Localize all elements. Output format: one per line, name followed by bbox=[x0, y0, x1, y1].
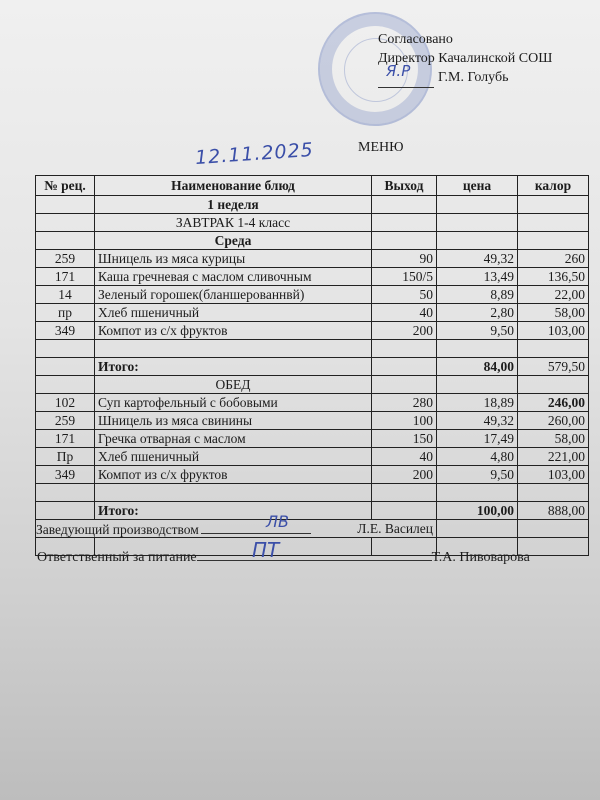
approval-block: Согласовано Директор Качалинской СОШ Я.Р… bbox=[378, 30, 552, 88]
recipe-no: 102 bbox=[36, 394, 95, 412]
recipe-no: 14 bbox=[36, 286, 95, 304]
price: 18,89 bbox=[437, 394, 518, 412]
day-label: Среда bbox=[95, 232, 372, 250]
calories: 260,00 bbox=[518, 412, 589, 430]
col-output: Выход bbox=[372, 176, 437, 196]
table-row: 259Шницель из мяса курицы9049,32260 bbox=[36, 250, 589, 268]
price: 9,50 bbox=[437, 322, 518, 340]
total-price: 100,00 bbox=[437, 502, 518, 520]
table-row: 14Зеленый горошек(бланшерованнвй)508,892… bbox=[36, 286, 589, 304]
week-row: 1 неделя bbox=[36, 196, 589, 214]
price: 4,80 bbox=[437, 448, 518, 466]
manager-label: Заведующий производством bbox=[36, 522, 199, 537]
table-row: 171Гречка отварная с маслом15017,4958,00 bbox=[36, 430, 589, 448]
breakfast-total-row: Итого:84,00579,50 bbox=[36, 358, 589, 376]
breakfast-title-row: ЗАВТРАК 1-4 класс bbox=[36, 214, 589, 232]
price: 8,89 bbox=[437, 286, 518, 304]
table-row: ПрХлеб пшеничный404,80221,00 bbox=[36, 448, 589, 466]
lunch-total-row: Итого:100,00888,00 bbox=[36, 502, 589, 520]
dish-name: Шницель из мяса свинины bbox=[95, 412, 372, 430]
total-label: Итого: bbox=[95, 358, 372, 376]
calories: 22,00 bbox=[518, 286, 589, 304]
recipe-no: 171 bbox=[36, 430, 95, 448]
table-row: 171Каша гречневая с маслом сливочным150/… bbox=[36, 268, 589, 286]
responsible-label: Ответственный за питание bbox=[37, 550, 197, 565]
calories: 260 bbox=[518, 250, 589, 268]
responsible-signature: ПТ bbox=[252, 538, 279, 562]
dish-name: Хлеб пшеничный bbox=[95, 448, 372, 466]
total-price: 84,00 bbox=[437, 358, 518, 376]
manager-signature: ЛВ bbox=[266, 514, 289, 529]
breakfast-title: ЗАВТРАК 1-4 класс bbox=[95, 214, 372, 232]
col-calories: калор bbox=[518, 176, 589, 196]
output: 50 bbox=[372, 286, 437, 304]
calories: 103,00 bbox=[518, 466, 589, 484]
total-calories: 888,00 bbox=[518, 502, 589, 520]
output: 200 bbox=[372, 466, 437, 484]
empty-row bbox=[36, 340, 589, 358]
dish-name: Хлеб пшеничный bbox=[95, 304, 372, 322]
output: 40 bbox=[372, 304, 437, 322]
calories: 58,00 bbox=[518, 304, 589, 322]
calories: 103,00 bbox=[518, 322, 589, 340]
recipe-no: 349 bbox=[36, 322, 95, 340]
approval-heading: Согласовано bbox=[378, 30, 552, 49]
page-title: МЕНЮ bbox=[358, 140, 404, 156]
empty-row bbox=[36, 484, 589, 502]
director-signature: Я.Р bbox=[386, 62, 410, 81]
total-calories: 579,50 bbox=[518, 358, 589, 376]
dish-name: Гречка отварная с маслом bbox=[95, 430, 372, 448]
table-row: 102Суп картофельный с бобовыми28018,8924… bbox=[36, 394, 589, 412]
lunch-title-row: ОБЕД bbox=[36, 376, 589, 394]
output: 100 bbox=[372, 412, 437, 430]
approval-signature-row: Я.Р Г.М. Голубь bbox=[378, 68, 552, 88]
dish-name: Каша гречневая с маслом сливочным bbox=[95, 268, 372, 286]
price: 2,80 bbox=[437, 304, 518, 322]
recipe-no: пр bbox=[36, 304, 95, 322]
responsible-name: Т.А. Пивоварова bbox=[432, 550, 530, 565]
table-row: прХлеб пшеничный402,8058,00 bbox=[36, 304, 589, 322]
table-row: 349Компот из с/х фруктов2009,50103,00 bbox=[36, 466, 589, 484]
col-price: цена bbox=[437, 176, 518, 196]
price: 13,49 bbox=[437, 268, 518, 286]
dish-name: Шницель из мяса курицы bbox=[95, 250, 372, 268]
menu-table: № рец. Наименование блюд Выход цена кало… bbox=[35, 175, 589, 556]
price: 17,49 bbox=[437, 430, 518, 448]
dish-name: Суп картофельный с бобовыми bbox=[95, 394, 372, 412]
output: 40 bbox=[372, 448, 437, 466]
output: 280 bbox=[372, 394, 437, 412]
table-header: № рец. Наименование блюд Выход цена кало… bbox=[36, 176, 589, 196]
price: 49,32 bbox=[437, 250, 518, 268]
total-label: Итого: bbox=[95, 502, 372, 520]
footer-responsible: Ответственный за питаниеТ.А. Пивоварова bbox=[37, 548, 530, 566]
handwritten-date: 12.11.2025 bbox=[194, 139, 314, 169]
dish-name: Компот из с/х фруктов bbox=[95, 466, 372, 484]
recipe-no: 259 bbox=[36, 412, 95, 430]
calories: 246,00 bbox=[518, 394, 589, 412]
recipe-no: Пр bbox=[36, 448, 95, 466]
dish-name: Компот из с/х фруктов bbox=[95, 322, 372, 340]
col-dish-name: Наименование блюд bbox=[95, 176, 372, 196]
col-recipe-no: № рец. bbox=[36, 176, 95, 196]
price: 9,50 bbox=[437, 466, 518, 484]
calories: 221,00 bbox=[518, 448, 589, 466]
calories: 58,00 bbox=[518, 430, 589, 448]
price: 49,32 bbox=[437, 412, 518, 430]
recipe-no: 349 bbox=[36, 466, 95, 484]
calories: 136,50 bbox=[518, 268, 589, 286]
lunch-title: ОБЕД bbox=[95, 376, 372, 394]
manager-name: Л.Е. Василец bbox=[357, 521, 433, 536]
recipe-no: 259 bbox=[36, 250, 95, 268]
table-row: 259Шницель из мяса свинины10049,32260,00 bbox=[36, 412, 589, 430]
dish-name: Зеленый горошек(бланшерованнвй) bbox=[95, 286, 372, 304]
output: 90 bbox=[372, 250, 437, 268]
manager-row: Заведующий производствомЛВЛ.Е. Василец bbox=[36, 520, 589, 538]
recipe-no: 171 bbox=[36, 268, 95, 286]
output: 150 bbox=[372, 430, 437, 448]
table-row: 349Компот из с/х фруктов2009,50103,00 bbox=[36, 322, 589, 340]
director-name: Г.М. Голубь bbox=[438, 70, 508, 85]
output: 200 bbox=[372, 322, 437, 340]
day-row: Среда bbox=[36, 232, 589, 250]
week-label: 1 неделя bbox=[95, 196, 372, 214]
output: 150/5 bbox=[372, 268, 437, 286]
manager-cell: Заведующий производствомЛВЛ.Е. Василец bbox=[36, 520, 437, 538]
